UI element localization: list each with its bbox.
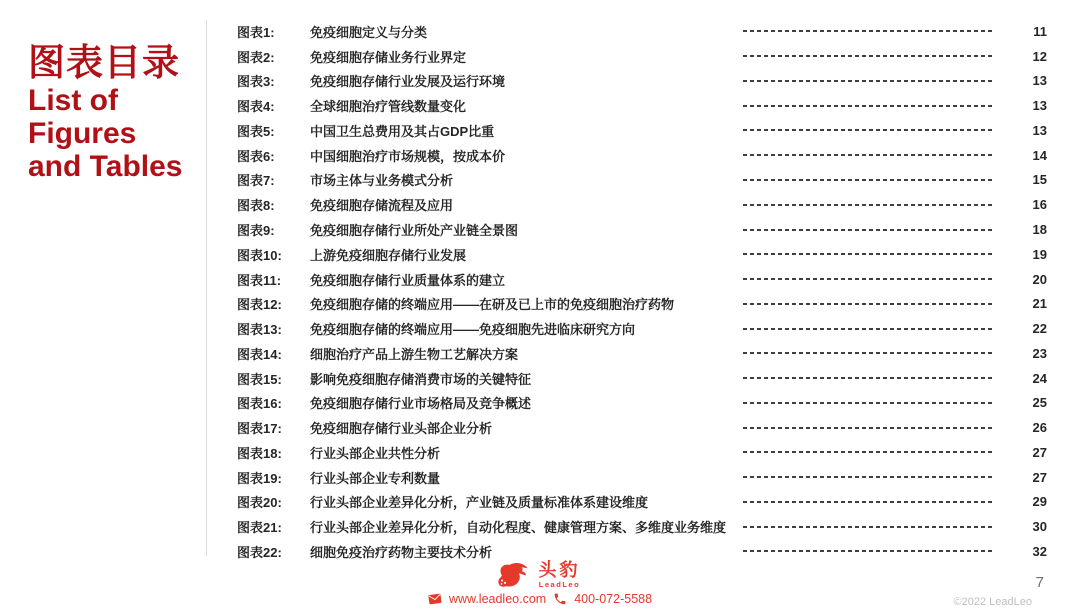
page-title-en-line-2: Figures — [28, 117, 203, 150]
toc-entry-title: 行业头部企业差异化分析，自动化程度、健康管理方案、多维度业务维度 — [310, 517, 740, 536]
toc-entry-page-number: 26 — [995, 420, 1047, 435]
dotted-leader — [743, 30, 992, 32]
toc-entry-label: 图表9: — [237, 220, 310, 239]
toc-entry-page-number: 15 — [995, 172, 1047, 187]
dotted-leader — [743, 154, 992, 156]
toc-entry-row[interactable]: 图表4: 全球细胞治疗管线数量变化 13 — [237, 93, 1047, 118]
toc-entry-page-number: 19 — [995, 247, 1047, 262]
toc-entry-page-number: 14 — [995, 148, 1047, 163]
footer-website-link[interactable]: www.leadleo.com — [449, 592, 546, 606]
sidebar-title-block: 图表目录 List of Figures and Tables — [28, 42, 203, 183]
toc-entry-row[interactable]: 图表9: 免疫细胞存储行业所处产业链全景图 18 — [237, 217, 1047, 242]
toc-entry-page-number: 27 — [995, 470, 1047, 485]
figure-list: 图表1: 免疫细胞定义与分类 11 图表2: 免疫细胞存储业务行业界定 12 图… — [237, 19, 1047, 564]
toc-entry-title: 免疫细胞存储行业发展及运行环境 — [310, 71, 740, 90]
toc-entry-label: 图表8: — [237, 195, 310, 214]
logo-text-zh: 头豹 — [538, 561, 580, 580]
toc-entry-label: 图表14: — [237, 344, 310, 363]
toc-entry-row[interactable]: 图表18: 行业头部企业共性分析 27 — [237, 440, 1047, 465]
copyright-text: ©2022 LeadLeo — [954, 596, 1032, 608]
toc-entry-label: 图表16: — [237, 393, 310, 412]
toc-entry-row[interactable]: 图表13: 免疫细胞存储的终端应用——免疫细胞先进临床研究方向 22 — [237, 316, 1047, 341]
toc-entry-title: 免疫细胞存储流程及应用 — [310, 195, 740, 214]
toc-entry-page-number: 25 — [995, 395, 1047, 410]
toc-entry-title: 中国细胞治疗市场规模，按成本价 — [310, 146, 740, 165]
toc-entry-label: 图表6: — [237, 146, 310, 165]
toc-entry-page-number: 11 — [995, 24, 1047, 39]
toc-entry-title: 免疫细胞存储行业市场格局及竞争概述 — [310, 393, 740, 412]
toc-entry-label: 图表13: — [237, 319, 310, 338]
toc-entry-label: 图表7: — [237, 170, 310, 189]
toc-entry-row[interactable]: 图表21: 行业头部企业差异化分析，自动化程度、健康管理方案、多维度业务维度 3… — [237, 514, 1047, 539]
toc-entry-page-number: 27 — [995, 445, 1047, 460]
toc-entry-title: 细胞治疗产品上游生物工艺解决方案 — [310, 344, 740, 363]
dotted-leader — [743, 377, 992, 379]
toc-entry-label: 图表15: — [237, 369, 310, 388]
toc-entry-label: 图表12: — [237, 294, 310, 313]
toc-entry-label: 图表20: — [237, 492, 310, 511]
toc-entry-title: 全球细胞治疗管线数量变化 — [310, 96, 740, 115]
toc-entry-row[interactable]: 图表15: 影响免疫细胞存储消费市场的关键特征 24 — [237, 366, 1047, 391]
vertical-divider — [206, 20, 207, 556]
toc-entry-label: 图表3: — [237, 71, 310, 90]
toc-entry-label: 图表18: — [237, 443, 310, 462]
toc-entry-title: 中国卫生总费用及其占GDP比重 — [310, 121, 740, 140]
toc-entry-row[interactable]: 图表6: 中国细胞治疗市场规模，按成本价 14 — [237, 143, 1047, 168]
dotted-leader — [743, 352, 992, 354]
dotted-leader — [743, 179, 992, 181]
toc-entry-title: 免疫细胞存储的终端应用——在研及已上市的免疫细胞治疗药物 — [310, 294, 740, 313]
toc-entry-page-number: 13 — [995, 73, 1047, 88]
toc-entry-row[interactable]: 图表7: 市场主体与业务模式分析 15 — [237, 168, 1047, 193]
dotted-leader — [743, 526, 992, 528]
toc-entry-title: 免疫细胞存储行业所处产业链全景图 — [310, 220, 740, 239]
toc-entry-label: 图表10: — [237, 245, 310, 264]
toc-entry-page-number: 13 — [995, 123, 1047, 138]
toc-entry-title: 上游免疫细胞存储行业发展 — [310, 245, 740, 264]
toc-entry-label: 图表5: — [237, 121, 310, 140]
dotted-leader — [743, 303, 992, 305]
toc-entry-title: 市场主体与业务模式分析 — [310, 170, 740, 189]
toc-entry-title: 免疫细胞定义与分类 — [310, 22, 740, 41]
dotted-leader — [743, 501, 992, 503]
toc-entry-page-number: 13 — [995, 98, 1047, 113]
page-number: 7 — [1036, 574, 1044, 591]
dotted-leader — [743, 253, 992, 255]
logo-text-en: LeadLeo — [538, 580, 580, 589]
dotted-leader — [743, 328, 992, 330]
toc-entry-title: 免疫细胞存储业务行业界定 — [310, 47, 740, 66]
toc-entry-row[interactable]: 图表5: 中国卫生总费用及其占GDP比重 13 — [237, 118, 1047, 143]
phone-icon — [553, 592, 567, 606]
dotted-leader — [743, 129, 992, 131]
toc-entry-page-number: 18 — [995, 222, 1047, 237]
toc-entry-title: 影响免疫细胞存储消费市场的关键特征 — [310, 369, 740, 388]
toc-entry-label: 图表2: — [237, 47, 310, 66]
toc-entry-row[interactable]: 图表3: 免疫细胞存储行业发展及运行环境 13 — [237, 69, 1047, 94]
toc-entry-row[interactable]: 图表11: 免疫细胞存储行业质量体系的建立 20 — [237, 267, 1047, 292]
toc-entry-row[interactable]: 图表1: 免疫细胞定义与分类 11 — [237, 19, 1047, 44]
dotted-leader — [743, 476, 992, 478]
toc-entry-page-number: 16 — [995, 197, 1047, 212]
toc-entry-title: 行业头部企业共性分析 — [310, 443, 740, 462]
leadleo-logo: 头豹 LeadLeo — [492, 561, 580, 590]
dotted-leader — [743, 80, 992, 82]
toc-entry-title: 行业头部企业专利数量 — [310, 468, 740, 487]
toc-entry-page-number: 12 — [995, 49, 1047, 64]
toc-entry-row[interactable]: 图表17: 免疫细胞存储行业头部企业分析 26 — [237, 415, 1047, 440]
page-title-en-line-3: and Tables — [28, 150, 203, 183]
toc-entry-label: 图表17: — [237, 418, 310, 437]
dotted-leader — [743, 427, 992, 429]
envelope-icon — [427, 591, 443, 607]
toc-entry-title: 免疫细胞存储的终端应用——免疫细胞先进临床研究方向 — [310, 319, 740, 338]
dotted-leader — [743, 451, 992, 453]
toc-entry-page-number: 32 — [995, 544, 1047, 559]
dotted-leader — [743, 550, 992, 552]
toc-entry-label: 图表11: — [237, 270, 310, 289]
toc-entry-row[interactable]: 图表2: 免疫细胞存储业务行业界定 12 — [237, 44, 1047, 69]
dotted-leader — [743, 402, 992, 404]
toc-entry-row[interactable]: 图表8: 免疫细胞存储流程及应用 16 — [237, 192, 1047, 217]
toc-entry-title: 免疫细胞存储行业质量体系的建立 — [310, 270, 740, 289]
toc-entry-row[interactable]: 图表12: 免疫细胞存储的终端应用——在研及已上市的免疫细胞治疗药物 21 — [237, 291, 1047, 316]
toc-entry-page-number: 21 — [995, 296, 1047, 311]
dotted-leader — [743, 204, 992, 206]
toc-entry-page-number: 23 — [995, 346, 1047, 361]
toc-entry-page-number: 29 — [995, 494, 1047, 509]
toc-entry-label: 图表1: — [237, 22, 310, 41]
toc-entry-label: 图表4: — [237, 96, 310, 115]
footer-contact-bar: www.leadleo.com 400-072-5588 — [428, 592, 652, 606]
toc-entry-row[interactable]: 图表16: 免疫细胞存储行业市场格局及竞争概述 25 — [237, 390, 1047, 415]
toc-entry-label: 图表22: — [237, 542, 310, 561]
toc-entry-label: 图表19: — [237, 468, 310, 487]
toc-entry-title: 行业头部企业差异化分析，产业链及质量标准体系建设维度 — [310, 492, 740, 511]
toc-entry-row[interactable]: 图表19: 行业头部企业专利数量 27 — [237, 465, 1047, 490]
toc-entry-page-number: 22 — [995, 321, 1047, 336]
dotted-leader — [743, 229, 992, 231]
toc-entry-row[interactable]: 图表20: 行业头部企业差异化分析，产业链及质量标准体系建设维度 29 — [237, 490, 1047, 515]
footer-phone-link[interactable]: 400-072-5588 — [574, 592, 652, 606]
dotted-leader — [743, 55, 992, 57]
toc-entry-page-number: 20 — [995, 272, 1047, 287]
toc-entry-page-number: 30 — [995, 519, 1047, 534]
toc-entry-title: 免疫细胞存储行业头部企业分析 — [310, 418, 740, 437]
toc-entry-row[interactable]: 图表22: 细胞免疫治疗药物主要技术分析 32 — [237, 539, 1047, 564]
toc-entry-row[interactable]: 图表14: 细胞治疗产品上游生物工艺解决方案 23 — [237, 341, 1047, 366]
toc-entry-page-number: 24 — [995, 371, 1047, 386]
toc-entry-title: 细胞免疫治疗药物主要技术分析 — [310, 542, 740, 561]
toc-entry-label: 图表21: — [237, 517, 310, 536]
page-title-zh: 图表目录 — [28, 42, 203, 84]
toc-entry-row[interactable]: 图表10: 上游免疫细胞存储行业发展 19 — [237, 242, 1047, 267]
dotted-leader — [743, 105, 992, 107]
page-title-en-line-1: List of — [28, 84, 203, 117]
dotted-leader — [743, 278, 992, 280]
leopard-logo-icon — [492, 561, 532, 590]
